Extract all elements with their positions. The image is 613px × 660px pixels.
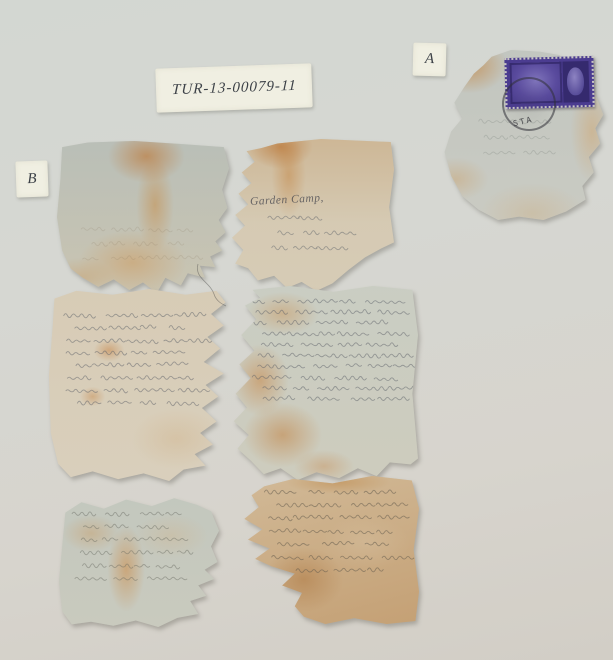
group-a-tag: A <box>413 43 447 77</box>
letter-fragment-top-right: Garden Camp, <box>232 139 394 291</box>
group-b-tag: B <box>15 160 48 197</box>
faded-script <box>230 286 418 482</box>
handwriting-lines <box>232 139 394 291</box>
handwriting-lines <box>59 497 219 627</box>
envelope-fragment-a: STA <box>443 50 605 220</box>
fragment-paper <box>230 286 418 482</box>
catalog-number-text: TUR-13-00079-11 <box>171 77 296 98</box>
photo-backdrop: TUR-13-00079-11 A B STA Garden Camp, <box>0 0 613 660</box>
handwriting-lines <box>49 289 231 481</box>
handwriting-lines <box>239 476 419 624</box>
letter-fragment-middle-right <box>230 286 418 482</box>
group-b-letter: B <box>27 170 37 187</box>
letter-fragment-bottom-left <box>59 497 219 627</box>
letter-fragment-bottom-right <box>239 476 419 624</box>
group-a-letter: A <box>425 51 435 68</box>
postmark-text: STA <box>512 115 534 129</box>
faded-script <box>59 497 219 627</box>
fragment-paper <box>239 476 419 624</box>
fragment-paper <box>49 289 231 481</box>
fragment-paper: Garden Camp, <box>232 139 394 291</box>
postmark-circle: STA <box>502 77 556 131</box>
faded-script <box>49 289 231 481</box>
handwriting-lines <box>230 286 418 482</box>
stray-fiber <box>192 262 238 308</box>
letter-fragment-middle-left <box>49 289 231 481</box>
faded-script <box>239 476 419 624</box>
faded-script <box>232 139 394 291</box>
stamp-portrait <box>562 61 589 103</box>
catalog-number-tag: TUR-13-00079-11 <box>155 63 312 112</box>
fragment-paper <box>59 497 219 627</box>
